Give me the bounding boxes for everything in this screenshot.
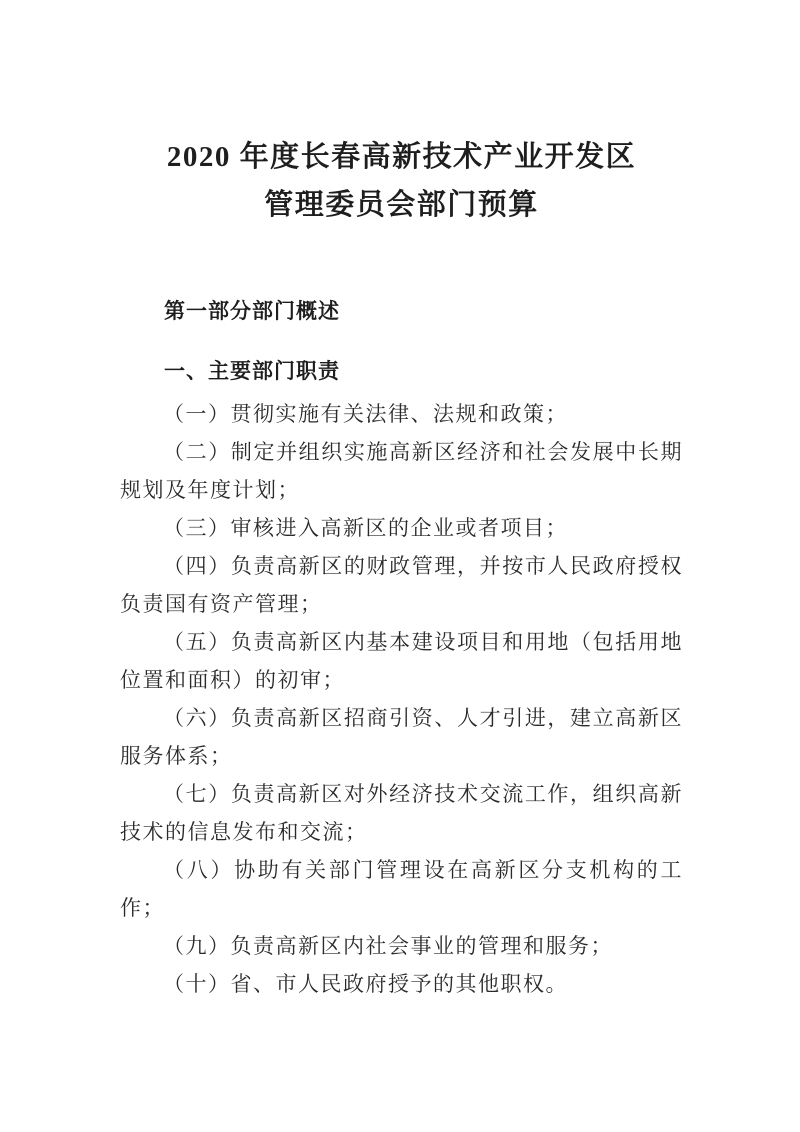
duty-item-1: （一）贯彻实施有关法律、法规和政策； bbox=[120, 395, 683, 433]
part-one-heading: 第一部分部门概述 bbox=[120, 297, 683, 327]
duty-item-6: （六）负责高新区招商引资、人才引进，建立高新区服务体系； bbox=[120, 699, 683, 775]
main-duties-heading: 一、主要部门职责 bbox=[120, 357, 683, 387]
document-title-line1: 2020 年度长春高新技术产业开发区 bbox=[120, 133, 683, 181]
duty-item-4: （四）负责高新区的财政管理，并按市人民政府授权负责国有资产管理； bbox=[120, 547, 683, 623]
document-title: 2020 年度长春高新技术产业开发区 管理委员会部门预算 bbox=[120, 133, 683, 229]
duty-item-8: （八）协助有关部门管理设在高新区分支机构的工作； bbox=[120, 851, 683, 927]
duty-item-5: （五）负责高新区内基本建设项目和用地（包括用地位置和面积）的初审； bbox=[120, 623, 683, 699]
duty-item-10: （十）省、市人民政府授予的其他职权。 bbox=[120, 965, 683, 1003]
document-page: 2020 年度长春高新技术产业开发区 管理委员会部门预算 第一部分部门概述 一、… bbox=[0, 0, 800, 1132]
duty-item-9: （九）负责高新区内社会事业的管理和服务； bbox=[120, 927, 683, 965]
duty-item-3: （三）审核进入高新区的企业或者项目； bbox=[120, 509, 683, 547]
duty-item-2: （二）制定并组织实施高新区经济和社会发展中长期规划及年度计划； bbox=[120, 433, 683, 509]
document-title-line2: 管理委员会部门预算 bbox=[120, 181, 683, 229]
duties-list: （一）贯彻实施有关法律、法规和政策； （二）制定并组织实施高新区经济和社会发展中… bbox=[120, 395, 683, 1003]
duty-item-7: （七）负责高新区对外经济技术交流工作，组织高新技术的信息发布和交流； bbox=[120, 775, 683, 851]
